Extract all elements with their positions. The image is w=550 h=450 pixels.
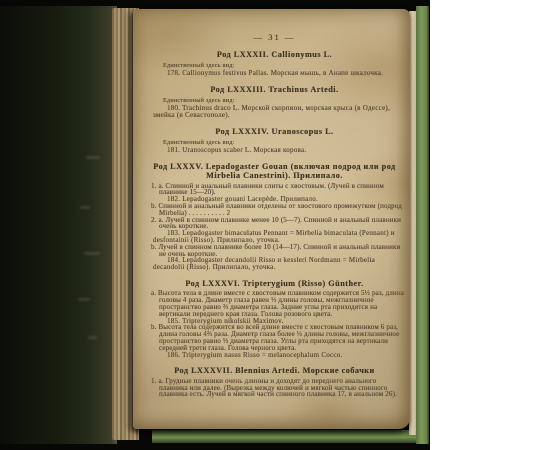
key-item: a. Высота тела в длине вместе с хвостовы… [159,290,404,317]
book-page: — 31 — Род LXXXII. Callionymus L.Единств… [133,9,410,429]
species-entry: 186. Tripterygium nasus Risso = melanoce… [153,352,404,359]
key-item: 1. a. Грудные плавники очень длинны и до… [159,378,404,398]
book-photo: — 31 — Род LXXXII. Callionymus L.Единств… [0,0,430,450]
key-item: b. Лучей в спинном плавнике более 10 (14… [159,244,404,258]
book-gutter [0,6,117,444]
species-entry: 184. Lepadogaster decandolii Risso и kes… [153,257,404,271]
genus-heading: Род LXXXV. Lepadogaster Gouan (включая п… [149,162,400,181]
species-entry: 181. Uranoscopus scaber L. Морская коров… [153,147,404,154]
key-item: b. Спинной и анальный плавники отделены … [159,203,404,217]
page-number: — 31 — [145,32,404,42]
book-cover-right [416,6,429,444]
key-item: 2. a. Лучей в спинном плавнике менее 10 … [159,217,404,231]
genus-heading: Род LXXXIII. Trachinus Artedi. [149,85,400,94]
species-entry: 183. Lepadogaster bimaculatus Pennant = … [153,230,404,244]
page-text: — 31 — Род LXXXII. Callionymus L.Единств… [145,9,404,398]
page-edge-mark [78,298,90,301]
page-edge-mark [84,252,100,255]
key-item: 1. a. Спинной и анальный плавники слиты … [159,183,404,197]
species-entry: 180. Trachinus draco L. Морской скорпион… [153,105,404,119]
key-item: b. Высота тела содержится во всей длине … [159,324,404,351]
genus-heading: Род LXXXVI. Tripterygium (Risso) Günther… [149,279,400,288]
page-edge-mark [88,336,97,339]
page-edge-mark [80,206,90,209]
genus-heading: Род LXXXIV. Uranoscopus L. [149,127,400,136]
page-edge-mark [86,156,100,159]
genus-heading: Род LXXXII. Callionymus L. [149,50,400,59]
genus-heading: Род LXXXVII. Blennius Artedi. Морские со… [149,366,400,375]
species-entry: 178. Callionymus festivus Pallas. Морска… [153,70,404,77]
book-cover-bottom [152,430,422,443]
